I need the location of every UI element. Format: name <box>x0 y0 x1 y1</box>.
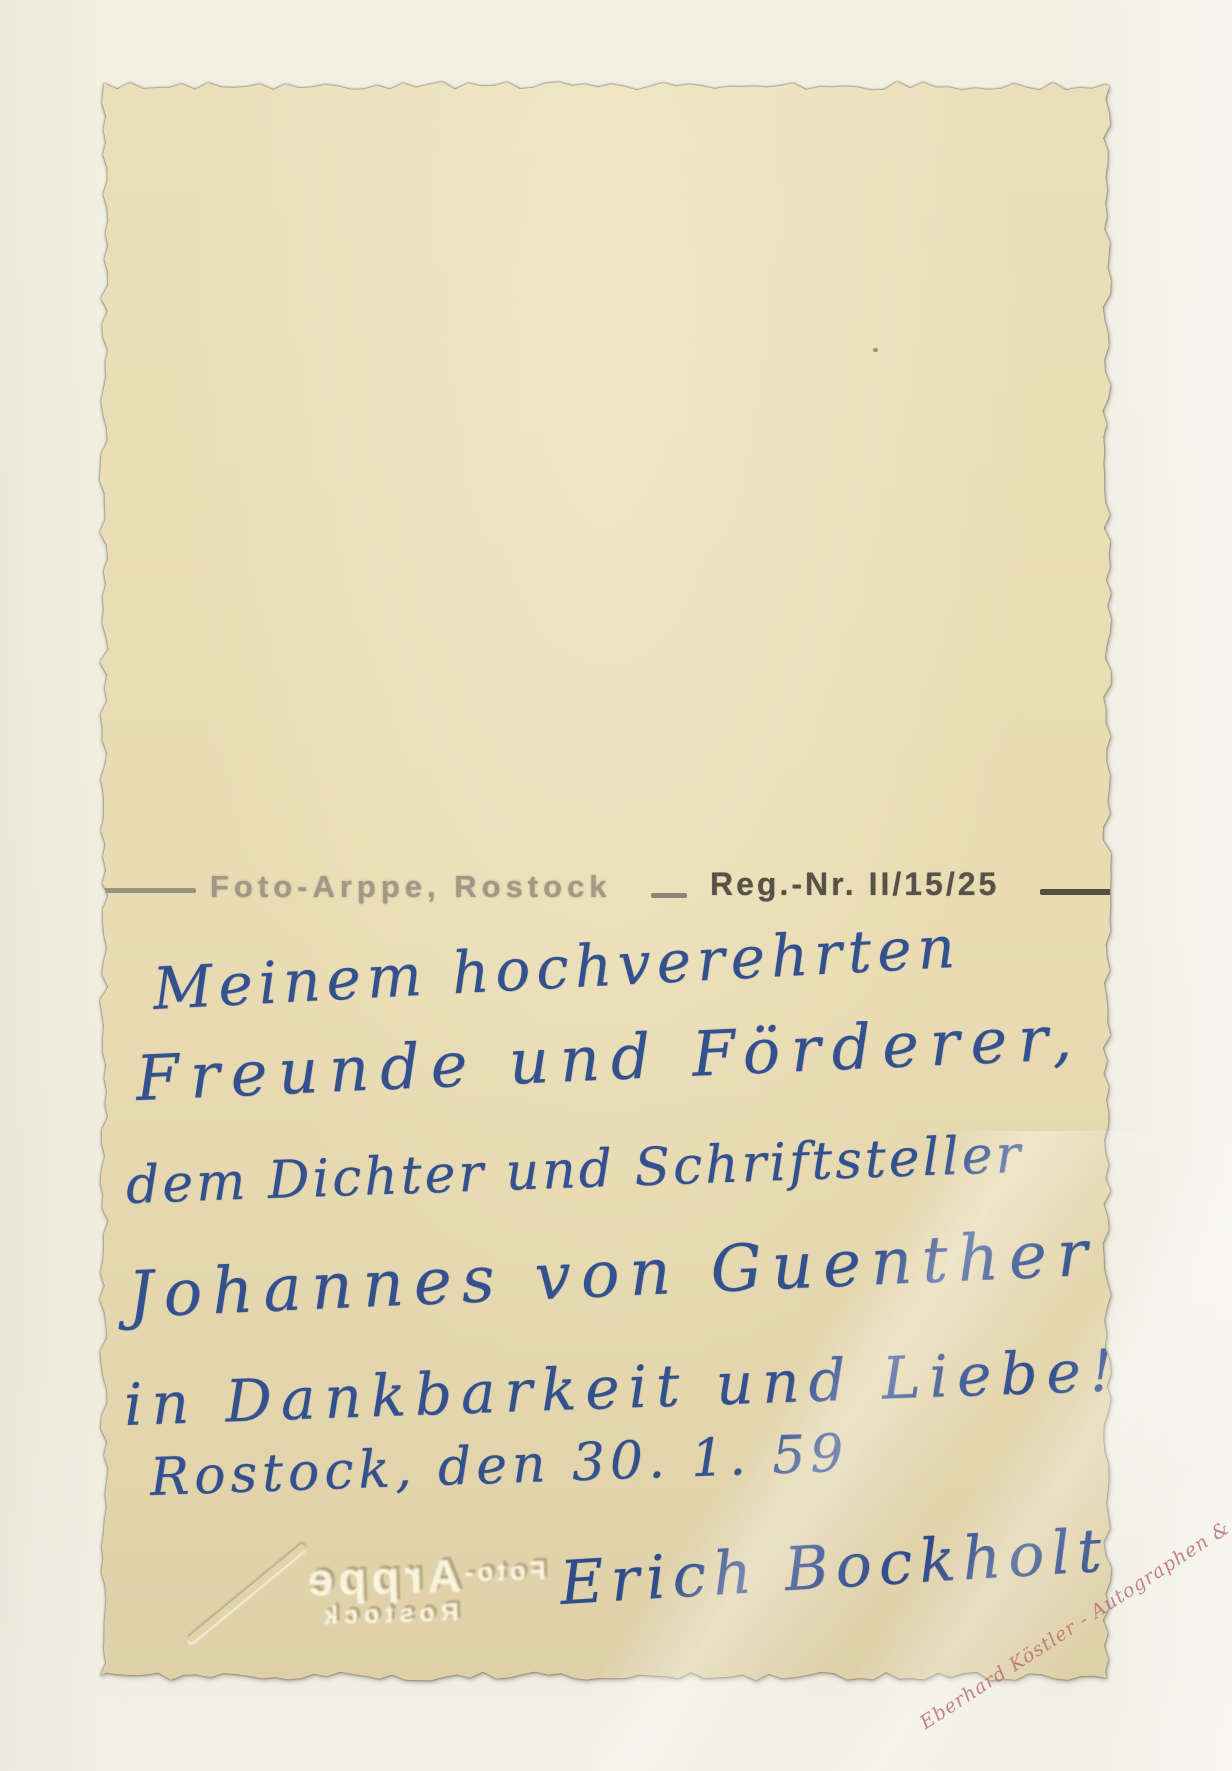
dedication-line-2: Freunde und Förderer, <box>135 1007 1084 1110</box>
embossed-stamp-line1: Foto-Arppe <box>304 1545 548 1605</box>
studio-stamp-text: Foto-Arppe, Rostock <box>210 869 612 905</box>
embossed-stamp-prefix: Foto- <box>462 1554 548 1586</box>
photo-card-shadow: Foto-Arppe, Rostock Reg.-Nr. II/15/25 Me… <box>98 80 1113 1682</box>
photo-verso-card: Foto-Arppe, Rostock Reg.-Nr. II/15/25 Me… <box>98 80 1113 1682</box>
scan-page: Foto-Arppe, Rostock Reg.-Nr. II/15/25 Me… <box>0 0 1232 1771</box>
signature: Erich Bockholt <box>558 1521 1110 1614</box>
dedication-line-5: in Dankbarkeit und Liebe! <box>123 1341 1123 1434</box>
dedication-line-3: dem Dichter und Schriftsteller <box>125 1129 1024 1212</box>
embossed-stamp-city: Rostock <box>319 1597 460 1630</box>
dedication-line-4: Johannes von Guenther <box>127 1222 1099 1328</box>
embossed-photographer-stamp: Foto-Arppe Rostock <box>125 1542 558 1665</box>
dedication-line-1: Meinem hochverehrten <box>151 918 962 1018</box>
embossed-stamp-swoosh-line <box>187 1543 307 1644</box>
stamp-rule-left <box>100 888 196 893</box>
paper-speck <box>873 348 878 352</box>
stamp-rule-right <box>1040 889 1111 895</box>
dedication-date-line: Rostock, den 30. 1. 59 <box>149 1428 849 1504</box>
embossed-stamp-name: Arppe <box>304 1548 463 1604</box>
stamp-rule-middle <box>651 893 687 898</box>
registration-number-text: Reg.-Nr. II/15/25 <box>710 866 999 903</box>
